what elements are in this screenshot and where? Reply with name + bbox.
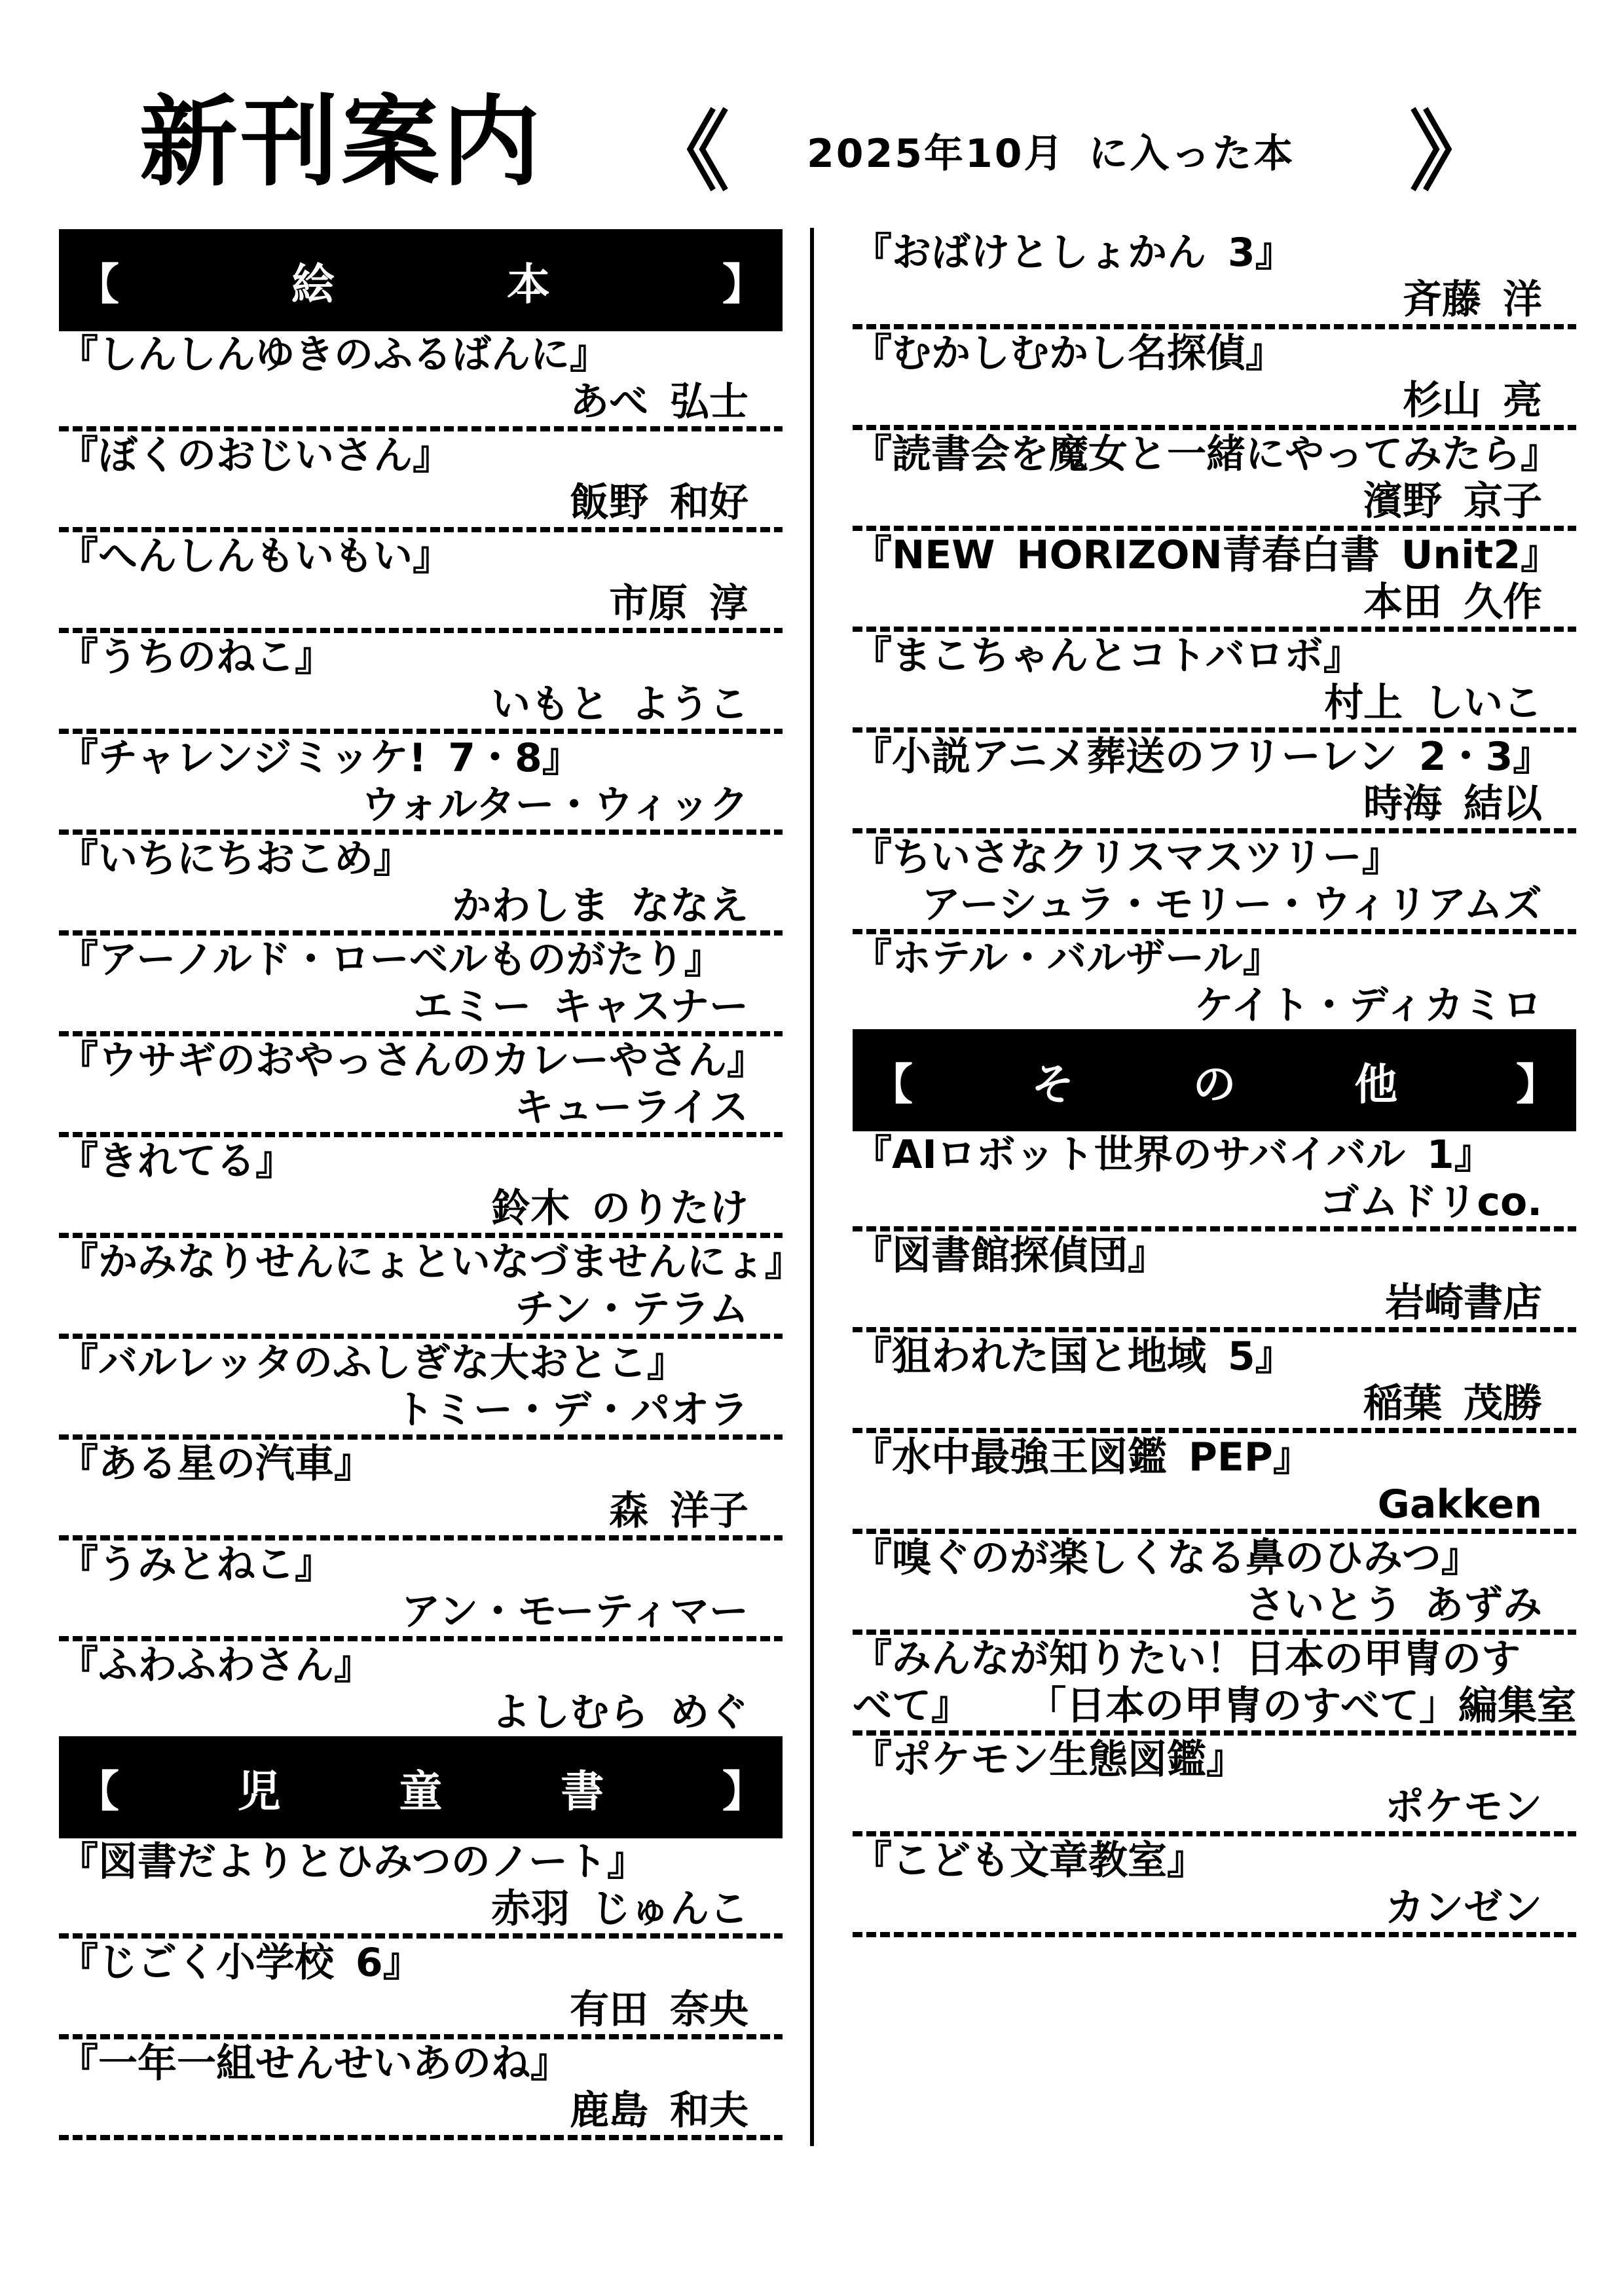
book-entry: 『まこちゃんとコトバロボ』村上 しいこ [853,632,1576,733]
book-entry: 『ある星の汽車』森 洋子 [59,1440,783,1540]
column-divider [810,228,814,2146]
book-author: ウォルター・ウィック [59,782,783,829]
book-entry: 『ポケモン生態図鑑』ポケモン [853,1736,1576,1836]
book-author: カンゼン [853,1884,1576,1931]
book-entry: 『図書だよりとひみつのノート』赤羽 じゅんこ [59,1838,783,1939]
book-entry: 『ふわふわさん』よしむら めぐ [59,1642,783,1736]
book-entry: 『狙われた国と地域 5』稲葉 茂勝 [853,1333,1576,1433]
book-entry: 『うみとねこ』アン・モーティマー [59,1541,783,1641]
section-header-char: 【 [76,1757,119,1819]
book-author: いもと ようこ [59,681,783,728]
separator-rule [853,929,1576,934]
book-entry: 『NEW HORIZON青春白書 Unit2』本田 久作 [853,532,1576,632]
separator-rule [59,1535,783,1540]
book-title: 『かみなりせんにょといなづませんにょ』 [59,1239,783,1286]
book-author: 飯野 和好 [59,479,783,526]
separator-rule [59,1031,783,1036]
book-author: さいとう あずみ [853,1582,1576,1629]
subtitle-open-bracket: 《 [643,84,729,221]
book-title: 『水中最強王図鑑 PEP』 [853,1434,1576,1481]
book-entry: 『むかしむかし名探偵』杉山 亮 [853,330,1576,430]
book-title: 『ウサギのおやっさんのカレーやさん』 [59,1037,783,1084]
book-title: 『AIロボット世界のサバイバル 1』 [853,1131,1576,1178]
book-author: 市原 淳 [59,580,783,627]
book-entry: 『かみなりせんにょといなづませんにょ』チン・テラム [59,1239,783,1339]
separator-rule [853,1730,1576,1736]
separator-rule [853,1327,1576,1332]
book-title: 『小説アニメ葬送のフリーレン 2・3』 [853,733,1576,780]
book-author: キューライス [59,1084,783,1131]
book-author: 本田 久作 [853,579,1576,626]
section-header-char: 童 [399,1757,443,1819]
book-entry: 『みんなが知りたい！日本の甲冑のすべて』「日本の甲冑のすべて」編集室 [853,1635,1576,1736]
separator-rule [59,729,783,734]
book-entry: 『うちのねこ』いもと ようこ [59,634,783,734]
separator-rule [59,1933,783,1939]
separator-rule [59,426,783,431]
book-author: 時海 結以 [853,780,1576,828]
book-author: ポケモン [853,1783,1576,1831]
right-column: 『おばけとしょかん 3』斉藤 洋『むかしむかし名探偵』杉山 亮『読書会を魔女と一… [853,229,1576,1938]
section-header-char: そ [1031,1049,1075,1112]
book-title: 『チャレンジミッケ! 7・8』 [59,735,783,782]
separator-rule [59,1233,783,1238]
book-author: 森 洋子 [59,1487,783,1535]
separator-rule [853,1630,1576,1635]
book-title: 『図書だよりとひみつのノート』 [59,1838,783,1886]
separator-rule [59,829,783,835]
separator-rule [853,526,1576,531]
book-entry: 『きれてる』鈴木 のりたけ [59,1138,783,1238]
book-entry: 『小説アニメ葬送のフリーレン 2・3』時海 結以 [853,733,1576,833]
book-entry: 『チャレンジミッケ! 7・8』ウォルター・ウィック [59,735,783,835]
book-title: 『ポケモン生態図鑑』 [853,1736,1576,1783]
separator-rule [59,930,783,936]
book-title: 『狙われた国と地域 5』 [853,1333,1576,1380]
book-title: 『みんなが知りたい！日本の甲冑のす [853,1635,1576,1683]
left-column: 【絵本】『しんしんゆきのふるばんに』あべ 弘士『ぼくのおじいさん』飯野 和好『へ… [59,229,783,2141]
book-title-continued: べて』 [853,1683,970,1730]
separator-rule [853,425,1576,430]
separator-rule [59,1334,783,1339]
page-title: 新刊案内 [139,84,543,202]
book-entry: 『AIロボット世界のサバイバル 1』ゴムドリco. [853,1131,1576,1231]
book-author: 稲葉 茂勝 [853,1380,1576,1427]
book-title: 『しんしんゆきのふるばんに』 [59,331,783,378]
page-subtitle: 2025年10月 に入った本 [807,117,1295,192]
book-entry: 『ちいさなクリスマスツリー』アーシュラ・モリー・ウィリアムズ [853,834,1576,934]
book-author: ケイト・ディカミロ [853,982,1576,1029]
book-author: 岩崎書店 [853,1279,1576,1326]
book-title: 『じごく小学校 6』 [59,1939,783,1986]
separator-rule [853,1226,1576,1231]
book-entry: 『図書館探偵団』岩崎書店 [853,1232,1576,1332]
book-title: 『おばけとしょかん 3』 [853,229,1576,276]
book-title: 『いちにちおこめ』 [59,835,783,883]
book-title: 『一年一組せんせいあのね』 [59,2040,783,2087]
book-author: かわしま ななえ [59,883,783,930]
section-header: 【その他】 [853,1029,1576,1131]
book-entry: 『アーノルド・ローベルものがたり』エミー キャスナー [59,936,783,1036]
book-author: 有田 奈央 [59,1986,783,2033]
book-author: 村上 しいこ [853,680,1576,727]
book-title: 『ふわふわさん』 [59,1642,783,1689]
book-title: 『図書館探偵団』 [853,1232,1576,1279]
book-entry: 『じごく小学校 6』有田 奈央 [59,1939,783,2039]
separator-rule [59,628,783,633]
section-header-char: 書 [561,1757,604,1819]
separator-rule [853,627,1576,632]
separator-rule [59,1434,783,1440]
section-header-char: の [1193,1049,1236,1112]
book-author: Gakken [853,1481,1576,1528]
book-entry: 『ホテル・バルザール』ケイト・ディカミロ [853,935,1576,1029]
book-entry: 『一年一組せんせいあのね』鹿島 和夫 [59,2040,783,2140]
section-header-char: 】 [1516,1049,1559,1112]
book-entry: 『しんしんゆきのふるばんに』あべ 弘士 [59,331,783,431]
book-title: 『読書会を魔女と一緒にやってみたら』 [853,431,1576,478]
separator-rule [59,2135,783,2140]
book-author: 鈴木 のりたけ [59,1185,783,1232]
section-header-char: 児 [238,1757,281,1819]
book-author: トミー・デ・パオラ [59,1387,783,1434]
section-header-char: 【 [870,1049,913,1112]
book-title: 『へんしんもいもい』 [59,533,783,580]
separator-rule [853,324,1576,329]
book-author: 「日本の甲冑のすべて」編集室 [1027,1683,1576,1730]
section-header-char: 他 [1354,1049,1397,1112]
section-header: 【児童書】 [59,1736,783,1838]
book-author: 斉藤 洋 [853,276,1576,323]
book-title: 『こども文章教室』 [853,1837,1576,1884]
book-title: 『アーノルド・ローベルものがたり』 [59,936,783,983]
book-author: エミー キャスナー [59,983,783,1030]
book-author: チン・テラム [59,1286,783,1333]
book-author: あべ 弘士 [59,378,783,426]
section-header-char: 【 [76,249,119,312]
separator-rule [59,1636,783,1641]
book-title: 『うちのねこ』 [59,634,783,681]
book-entry: 『おばけとしょかん 3』斉藤 洋 [853,229,1576,329]
separator-rule [59,527,783,532]
book-entry: 『ウサギのおやっさんのカレーやさん』キューライス [59,1037,783,1137]
section-header-char: 】 [722,1757,766,1819]
book-author: アーシュラ・モリー・ウィリアムズ [853,881,1576,928]
book-title: 『バルレッタのふしぎな大おとこ』 [59,1339,783,1387]
book-title-author-row: べて』「日本の甲冑のすべて」編集室 [853,1683,1576,1730]
book-author: 濱野 京子 [853,478,1576,525]
book-author: 赤羽 じゅんこ [59,1886,783,1933]
book-author: よしむら めぐ [59,1689,783,1736]
book-entry: 『こども文章教室』カンゼン [853,1837,1576,1937]
book-entry: 『水中最強王図鑑 PEP』Gakken [853,1434,1576,1534]
book-entry: 『へんしんもいもい』市原 淳 [59,533,783,633]
book-title: 『NEW HORIZON青春白書 Unit2』 [853,532,1576,579]
subtitle-close-bracket: 》 [1409,84,1496,221]
separator-rule [59,2034,783,2039]
newsletter-page: { "page": { "title": "新刊案内", "subtitle_o… [0,0,1624,2296]
section-header-char: 絵 [291,249,335,312]
book-title: 『ちいさなクリスマスツリー』 [853,834,1576,881]
book-title: 『うみとねこ』 [59,1541,783,1588]
separator-rule [59,1132,783,1137]
book-entry: 『ぼくのおじいさん』飯野 和好 [59,432,783,532]
book-title: 『ぼくのおじいさん』 [59,432,783,479]
book-author: ゴムドリco. [853,1178,1576,1226]
book-author: 杉山 亮 [853,377,1576,424]
separator-rule [853,1932,1576,1937]
section-header: 【絵本】 [59,229,783,331]
book-entry: 『いちにちおこめ』かわしま ななえ [59,835,783,936]
book-title: 『ある星の汽車』 [59,1440,783,1487]
book-title: 『むかしむかし名探偵』 [853,330,1576,377]
book-author: 鹿島 和夫 [59,2087,783,2134]
book-entry: 『嗅ぐのが楽しくなる鼻のひみつ』さいとう あずみ [853,1535,1576,1635]
separator-rule [853,727,1576,733]
book-entry: 『バルレッタのふしぎな大おとこ』トミー・デ・パオラ [59,1339,783,1440]
book-title: 『きれてる』 [59,1138,783,1185]
book-title: 『まこちゃんとコトバロボ』 [853,632,1576,680]
separator-rule [853,1529,1576,1534]
book-title: 『嗅ぐのが楽しくなる鼻のひみつ』 [853,1535,1576,1582]
separator-rule [853,828,1576,833]
separator-rule [853,1831,1576,1836]
book-title: 『ホテル・バルザール』 [853,935,1576,982]
book-entry: 『読書会を魔女と一緒にやってみたら』濱野 京子 [853,431,1576,531]
section-header-char: 本 [507,249,550,312]
section-header-char: 】 [722,249,766,312]
book-author: アン・モーティマー [59,1588,783,1635]
separator-rule [853,1428,1576,1433]
